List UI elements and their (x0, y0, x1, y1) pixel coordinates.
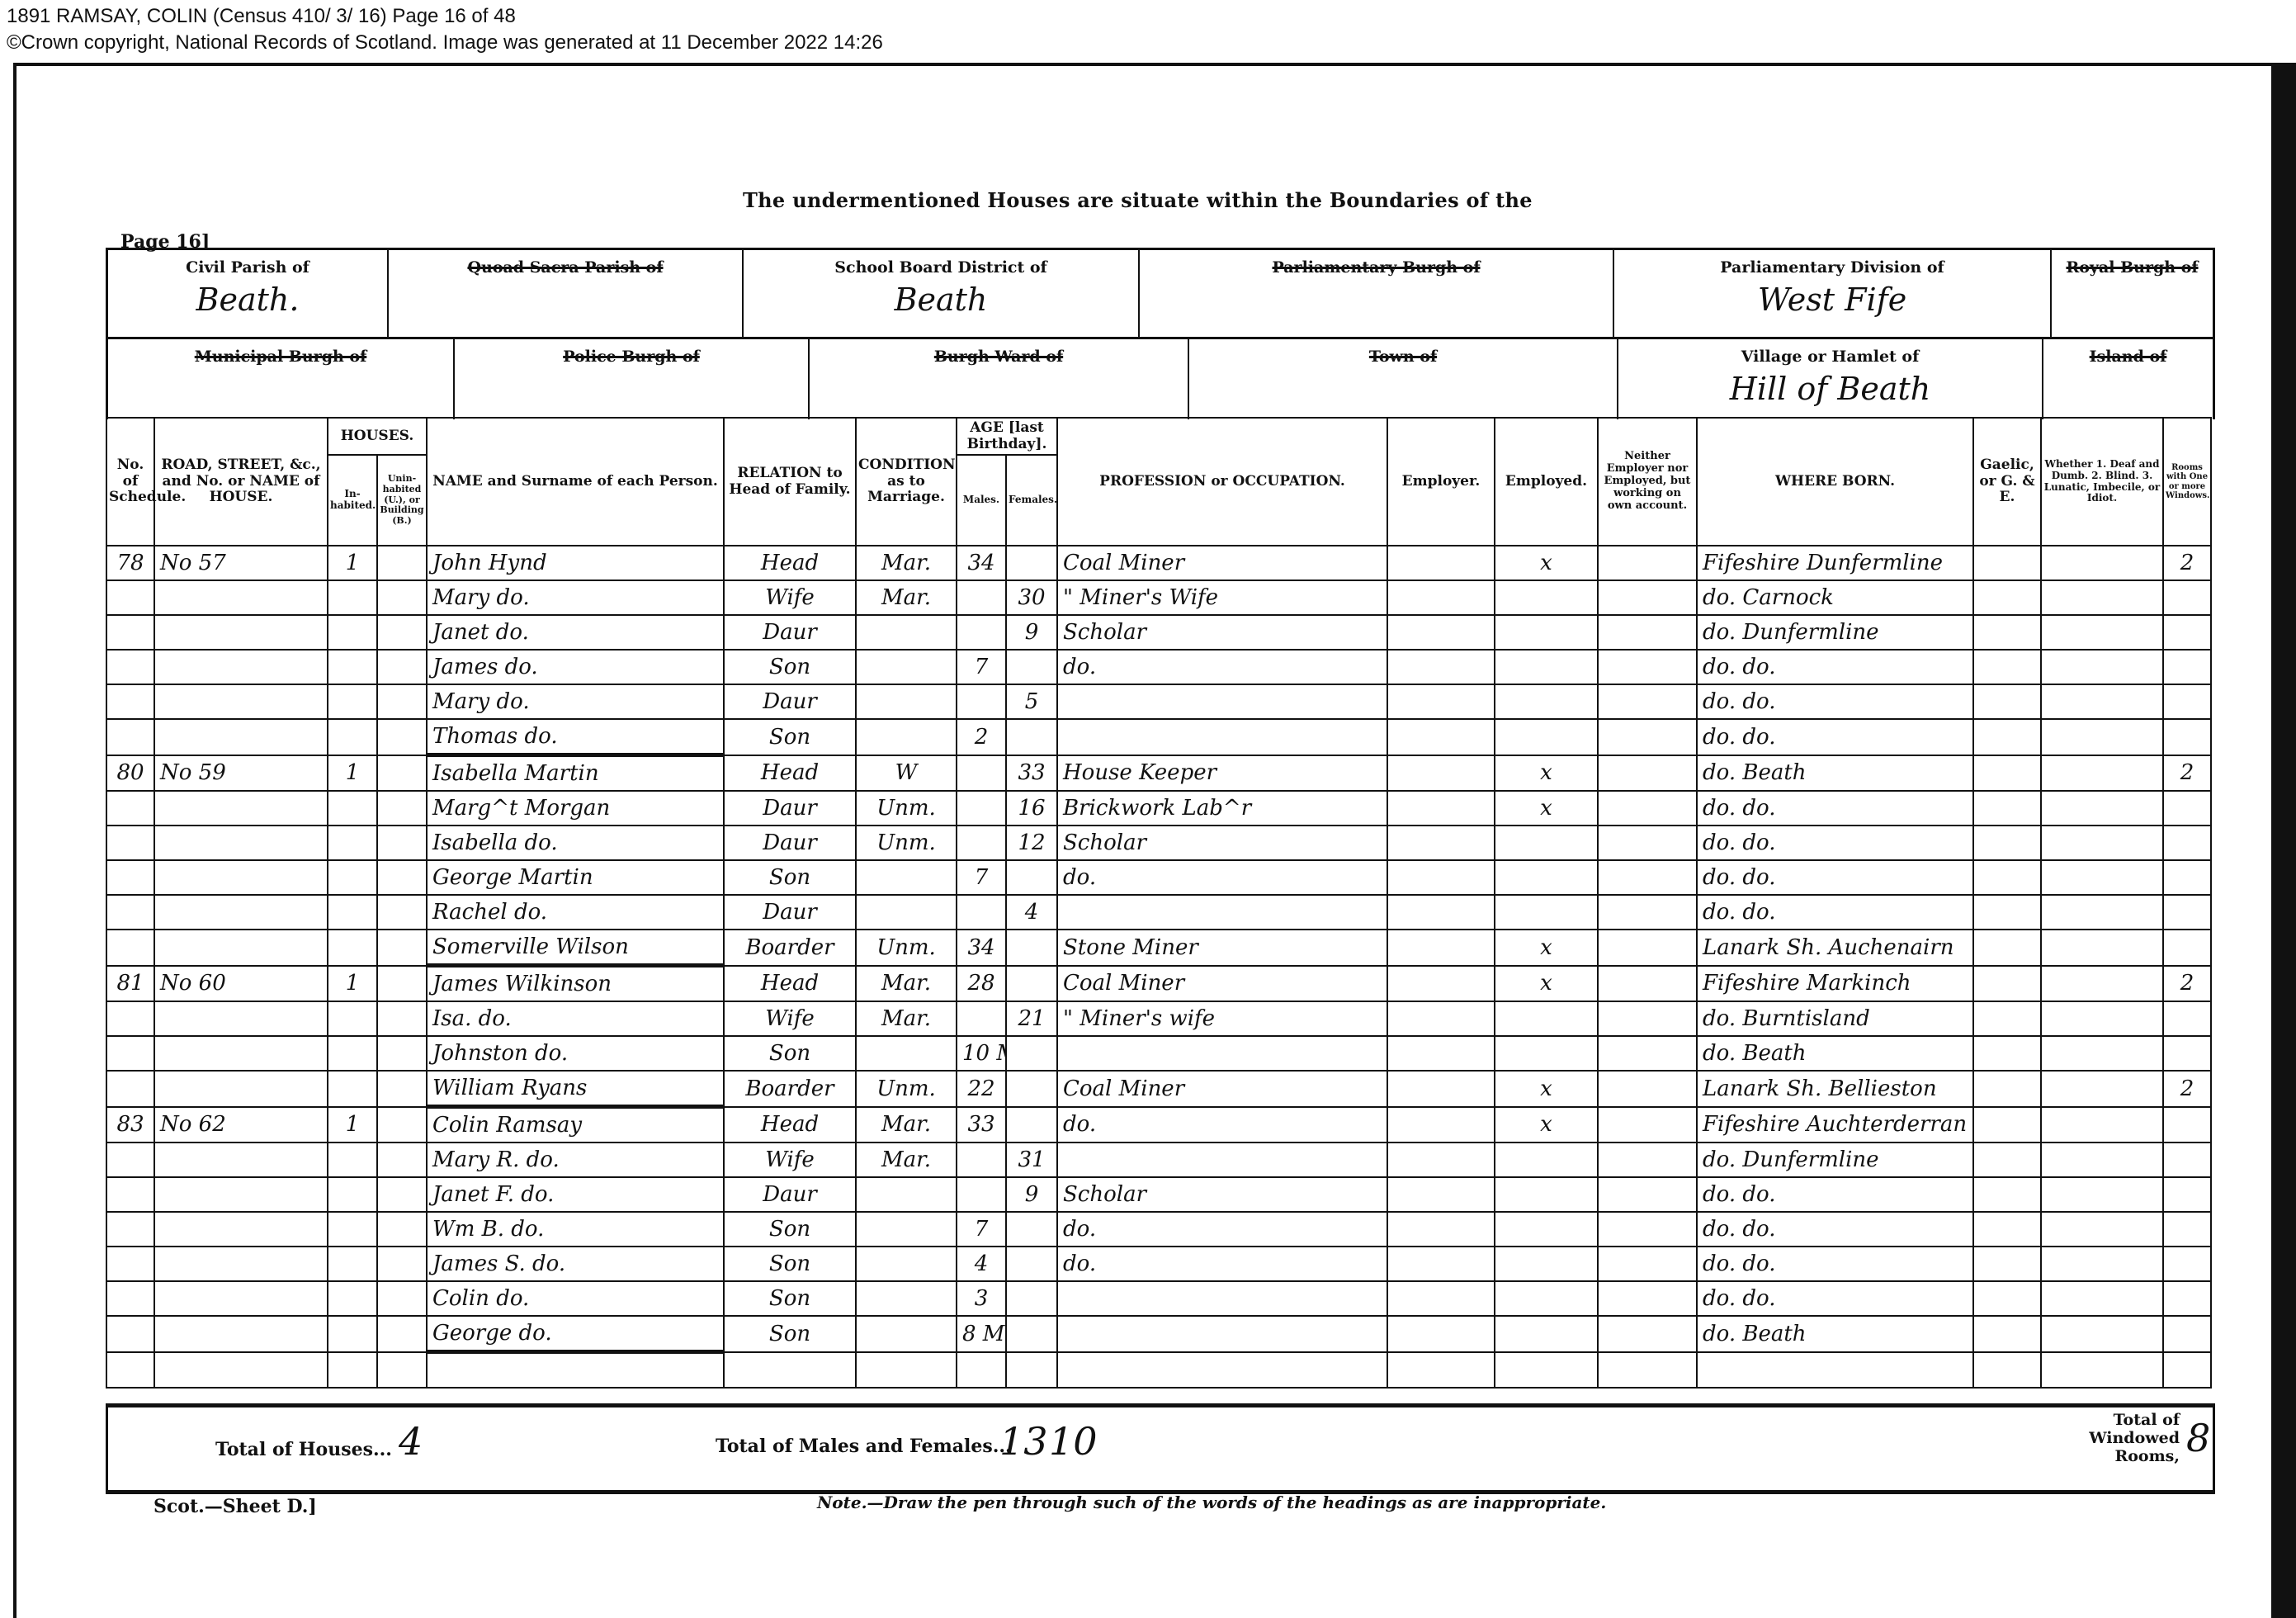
table-row: Wm B. do.Son7do.do. do. (106, 1212, 2211, 1247)
town-label: Town of (1189, 348, 1617, 366)
cell-male: 22 (957, 1071, 1006, 1107)
cell-occupation (1057, 1352, 1387, 1389)
cell-name: Marg^t Morgan (427, 791, 724, 826)
cell-employed (1495, 650, 1598, 684)
cell-empty (1387, 580, 1495, 615)
cell-rooms (2163, 580, 2211, 615)
cell-condition (856, 1212, 957, 1247)
cell-name: Thomas do. (427, 719, 724, 755)
table-row: Marg^t MorganDaurUnm.16Brickwork Lab^rxd… (106, 791, 2211, 826)
cell-empty (2041, 1316, 2163, 1352)
cell-empty (2041, 684, 2163, 719)
cell-road: No 59 (154, 755, 328, 792)
cell-condition (856, 615, 957, 650)
cell-employed (1495, 684, 1598, 719)
cell-employed (1495, 1352, 1598, 1389)
cell-road (154, 1247, 328, 1281)
cell-female (1006, 1107, 1057, 1143)
cell-male (957, 1352, 1006, 1389)
cell-relation: Boarder (724, 930, 856, 966)
cell-relation: Son (724, 1281, 856, 1316)
cell-born: do. do. (1697, 1212, 1973, 1247)
cell-female (1006, 1036, 1057, 1071)
cell-employed: x (1495, 755, 1598, 792)
school-board-value: Beath (744, 281, 1138, 318)
cell-name: Isa. do. (427, 1001, 724, 1036)
cell-empty (1387, 615, 1495, 650)
cell-male (957, 684, 1006, 719)
cell-schedule (106, 615, 154, 650)
table-row: Janet F. do.Daur9Scholardo. do. (106, 1177, 2211, 1212)
village-cell: Village or Hamlet of Hill of Beath (1618, 339, 2043, 419)
cell-empty (2041, 1177, 2163, 1212)
cell-empty (377, 1001, 427, 1036)
cell-occupation: Scholar (1057, 615, 1387, 650)
cell-relation: Head (724, 546, 856, 580)
cell-male: 34 (957, 546, 1006, 580)
cell-employed (1495, 1001, 1598, 1036)
cell-inhabited (328, 1352, 377, 1389)
cell-empty (1973, 860, 2041, 895)
cell-relation: Wife (724, 1143, 856, 1177)
school-board-label: School Board District of (744, 258, 1138, 277)
cell-schedule (106, 1071, 154, 1107)
cell-female: 12 (1006, 826, 1057, 860)
cell-empty (1973, 1177, 2041, 1212)
cell-empty (377, 860, 427, 895)
col-rooms: Rooms with One or more Windows. (2163, 418, 2211, 546)
cell-occupation: do. (1057, 1247, 1387, 1281)
census-table: No. of Schedule. ROAD, STREET, &c., and … (106, 417, 2212, 1389)
cell-born: do. do. (1697, 895, 1973, 930)
cell-road (154, 1001, 328, 1036)
cell-occupation: " Miner's Wife (1057, 580, 1387, 615)
cell-inhabited (328, 895, 377, 930)
table-row: James do.Son7do.do. do. (106, 650, 2211, 684)
total-females-value: 10 (1049, 1419, 1098, 1464)
cell-empty (377, 755, 427, 792)
cell-schedule: 78 (106, 546, 154, 580)
cell-male: 3 (957, 1281, 1006, 1316)
cell-empty (377, 1143, 427, 1177)
cell-empty (1973, 1001, 2041, 1036)
cell-road (154, 719, 328, 755)
burgh-ward-cell: Burgh Ward of (810, 339, 1189, 419)
royal-burgh-label: Royal Burgh of (2052, 258, 2213, 277)
scan-edge-shadow (2271, 63, 2296, 1618)
cell-born: do. do. (1697, 1281, 1973, 1316)
cell-empty (1973, 930, 2041, 966)
cell-empty (377, 1107, 427, 1143)
cell-inhabited (328, 1143, 377, 1177)
cell-road (154, 791, 328, 826)
cell-empty (377, 1177, 427, 1212)
cell-empty (1598, 1143, 1697, 1177)
town-cell: Town of (1189, 339, 1618, 419)
cell-empty (1387, 930, 1495, 966)
cell-schedule (106, 1177, 154, 1212)
col-females: Females. (1006, 455, 1057, 546)
cell-inhabited (328, 615, 377, 650)
cell-inhabited (328, 719, 377, 755)
cell-empty (377, 1352, 427, 1389)
cell-rooms (2163, 930, 2211, 966)
col-where-born: WHERE BORN. (1697, 418, 1973, 546)
cell-empty (1598, 895, 1697, 930)
municipal-burgh-cell: Municipal Burgh of (108, 339, 455, 419)
cell-occupation (1057, 1036, 1387, 1071)
cell-road (154, 580, 328, 615)
civil-parish-value: Beath. (108, 281, 387, 318)
table-row: Thomas do.Son2do. do. (106, 719, 2211, 755)
cell-relation: Son (724, 719, 856, 755)
cell-condition: Mar. (856, 966, 957, 1002)
cell-inhabited (328, 1212, 377, 1247)
cell-occupation (1057, 719, 1387, 755)
cell-empty (1387, 1281, 1495, 1316)
cell-empty (377, 966, 427, 1002)
cell-relation: Head (724, 1107, 856, 1143)
cell-empty (1973, 1107, 2041, 1143)
cell-born: do. do. (1697, 791, 1973, 826)
cell-schedule (106, 1143, 154, 1177)
cell-name: Mary R. do. (427, 1143, 724, 1177)
cell-empty (1973, 826, 2041, 860)
cell-born (1697, 1352, 1973, 1389)
cell-rooms (2163, 1247, 2211, 1281)
cell-road (154, 1177, 328, 1212)
cell-schedule (106, 1212, 154, 1247)
cell-born: do. Beath (1697, 1036, 1973, 1071)
cell-employed: x (1495, 966, 1598, 1002)
cell-inhabited (328, 860, 377, 895)
cell-born: do. do. (1697, 719, 1973, 755)
cell-rooms (2163, 1036, 2211, 1071)
cell-relation: Son (724, 1247, 856, 1281)
cell-born: do. do. (1697, 826, 1973, 860)
cell-male (957, 895, 1006, 930)
cell-female (1006, 1352, 1057, 1389)
cell-empty (1973, 966, 2041, 1002)
cell-empty (1387, 1247, 1495, 1281)
cell-relation (724, 1352, 856, 1389)
cell-road (154, 1071, 328, 1107)
cell-born: do. Carnock (1697, 580, 1973, 615)
cell-empty (1387, 719, 1495, 755)
cell-rooms (2163, 860, 2211, 895)
cell-occupation: do. (1057, 1212, 1387, 1247)
cell-rooms: 2 (2163, 966, 2211, 1002)
boundary-row-1: Civil Parish of Beath. Quoad Sacra Paris… (106, 248, 2215, 339)
cell-empty (1973, 684, 2041, 719)
cell-empty (2041, 580, 2163, 615)
cell-born: do. Beath (1697, 755, 1973, 792)
cell-empty (1598, 860, 1697, 895)
cell-empty (1387, 1143, 1495, 1177)
cell-empty (1387, 895, 1495, 930)
cell-condition: Unm. (856, 826, 957, 860)
cell-male: 2 (957, 719, 1006, 755)
table-row: George do.Son8 Mo.do. Beath (106, 1316, 2211, 1352)
cell-schedule: 83 (106, 1107, 154, 1143)
cell-road (154, 684, 328, 719)
cell-relation: Daur (724, 791, 856, 826)
cell-road (154, 1352, 328, 1389)
table-row: Isabella do.DaurUnm.12Scholardo. do. (106, 826, 2211, 860)
cell-occupation: Brickwork Lab^r (1057, 791, 1387, 826)
cell-rooms (2163, 1352, 2211, 1389)
cell-empty (1973, 1143, 2041, 1177)
cell-road (154, 895, 328, 930)
cell-employed: x (1495, 1071, 1598, 1107)
cell-name: James do. (427, 650, 724, 684)
cell-name: Wm B. do. (427, 1212, 724, 1247)
cell-condition (856, 1281, 957, 1316)
cell-employed (1495, 1281, 1598, 1316)
cell-inhabited (328, 1177, 377, 1212)
cell-empty (377, 791, 427, 826)
col-road: ROAD, STREET, &c., and No. or NAME of HO… (154, 418, 328, 546)
cell-road (154, 1212, 328, 1247)
cell-male (957, 755, 1006, 792)
table-row: Somerville WilsonBoarderUnm.34Stone Mine… (106, 930, 2211, 966)
cell-empty (1598, 791, 1697, 826)
cell-relation: Daur (724, 684, 856, 719)
cell-schedule (106, 684, 154, 719)
cell-empty (2041, 1001, 2163, 1036)
cell-schedule (106, 719, 154, 755)
cell-relation: Head (724, 755, 856, 792)
cell-occupation (1057, 1143, 1387, 1177)
cell-female (1006, 650, 1057, 684)
totals-row: Total of Houses... 4 Total of Males and … (106, 1403, 2215, 1494)
cell-relation: Daur (724, 615, 856, 650)
cell-empty (1387, 1352, 1495, 1389)
police-burgh-label: Police Burgh of (455, 348, 808, 366)
cell-empty (1973, 895, 2041, 930)
cell-condition (856, 684, 957, 719)
table-row: 83No 621Colin RamsayHeadMar.33do.xFifesh… (106, 1107, 2211, 1143)
table-row: William RyansBoarderUnm.22Coal MinerxLan… (106, 1071, 2211, 1107)
cell-condition (856, 719, 957, 755)
quoad-sacra-parish-cell: Quoad Sacra Parish of (389, 250, 744, 339)
cell-road (154, 615, 328, 650)
cell-schedule (106, 930, 154, 966)
cell-empty (2041, 1036, 2163, 1071)
cell-empty (1973, 1036, 2041, 1071)
cell-condition (856, 650, 957, 684)
cell-empty (1387, 546, 1495, 580)
cell-empty (1973, 1281, 2041, 1316)
cell-empty (1387, 860, 1495, 895)
cell-condition (856, 1177, 957, 1212)
cell-rooms (2163, 1281, 2211, 1316)
cell-empty (2041, 1352, 2163, 1389)
cell-female (1006, 966, 1057, 1002)
cell-male (957, 1177, 1006, 1212)
total-persons-label: Total of Males and Females... (716, 1436, 1012, 1457)
cell-name: John Hynd (427, 546, 724, 580)
cell-born: do. Dunfermline (1697, 1143, 1973, 1177)
cell-relation: Daur (724, 826, 856, 860)
cell-empty (2041, 1281, 2163, 1316)
total-rooms-label: Total of Windowed Rooms, (2089, 1411, 2180, 1465)
cell-name: Janet F. do. (427, 1177, 724, 1212)
cell-female: 30 (1006, 580, 1057, 615)
cell-female: 9 (1006, 1177, 1057, 1212)
image-caption-title: 1891 RAMSAY, COLIN (Census 410/ 3/ 16) P… (7, 5, 516, 28)
cell-born: Fifeshire Dunfermline (1697, 546, 1973, 580)
cell-empty (2041, 650, 2163, 684)
cell-condition: Mar. (856, 580, 957, 615)
cell-rooms: 2 (2163, 755, 2211, 792)
table-row: Isa. do.WifeMar.21" Miner's wifedo. Burn… (106, 1001, 2211, 1036)
cell-empty (1973, 615, 2041, 650)
cell-inhabited: 1 (328, 755, 377, 792)
table-row: Mary R. do.WifeMar.31do. Dunfermline (106, 1143, 2211, 1177)
island-cell: Island of (2043, 339, 2213, 419)
cell-empty (1598, 930, 1697, 966)
cell-male: 7 (957, 860, 1006, 895)
municipal-burgh-label: Municipal Burgh of (108, 348, 453, 366)
cell-inhabited (328, 684, 377, 719)
table-row: James S. do.Son4do.do. do. (106, 1247, 2211, 1281)
cell-male (957, 1143, 1006, 1177)
cell-rooms (2163, 684, 2211, 719)
cell-rooms (2163, 1212, 2211, 1247)
table-row: Johnston do.Son10 Mo.do. Beath (106, 1036, 2211, 1071)
cell-condition: Mar. (856, 1143, 957, 1177)
cell-condition (856, 1036, 957, 1071)
cell-inhabited (328, 1247, 377, 1281)
cell-empty (377, 895, 427, 930)
cell-empty (2041, 546, 2163, 580)
cell-empty (377, 650, 427, 684)
cell-empty (1387, 1036, 1495, 1071)
cell-road (154, 826, 328, 860)
cell-inhabited (328, 1036, 377, 1071)
cell-rooms (2163, 791, 2211, 826)
cell-name: Isabella Martin (427, 755, 724, 792)
cell-relation: Son (724, 860, 856, 895)
total-rooms-value: 8 (2186, 1416, 2210, 1460)
col-condition: CONDITION as to Marriage. (856, 418, 957, 546)
cell-occupation (1057, 684, 1387, 719)
cell-female: 31 (1006, 1143, 1057, 1177)
footer-note: Note.—Draw the pen through such of the w… (817, 1493, 1606, 1512)
cell-rooms (2163, 1001, 2211, 1036)
cell-employed: x (1495, 546, 1598, 580)
cell-occupation: do. (1057, 860, 1387, 895)
cell-schedule (106, 895, 154, 930)
cell-empty (377, 1316, 427, 1352)
cell-occupation: do. (1057, 1107, 1387, 1143)
cell-female: 21 (1006, 1001, 1057, 1036)
table-row: George MartinSon7do.do. do. (106, 860, 2211, 895)
cell-name: Isabella do. (427, 826, 724, 860)
cell-empty (1387, 966, 1495, 1002)
census-rows: 78No 571John HyndHeadMar.34Coal MinerxFi… (106, 546, 2211, 1388)
cell-empty (2041, 895, 2163, 930)
cell-born: do. Burntisland (1697, 1001, 1973, 1036)
cell-empty (1598, 1177, 1697, 1212)
cell-female (1006, 930, 1057, 966)
cell-employed (1495, 580, 1598, 615)
cell-inhabited (328, 580, 377, 615)
cell-schedule (106, 1316, 154, 1352)
cell-condition (856, 1352, 957, 1389)
cell-road (154, 1316, 328, 1352)
cell-name: Mary do. (427, 684, 724, 719)
image-caption-copyright: ©Crown copyright, National Records of Sc… (7, 31, 883, 54)
cell-empty (2041, 1071, 2163, 1107)
cell-empty (1387, 1212, 1495, 1247)
cell-rooms (2163, 1177, 2211, 1212)
col-schedule: No. of Schedule. (106, 418, 154, 546)
cell-born: Fifeshire Auchterderran (1697, 1107, 1973, 1143)
cell-employed (1495, 826, 1598, 860)
cell-employed (1495, 860, 1598, 895)
cell-empty (1387, 791, 1495, 826)
cell-name: James Wilkinson (427, 966, 724, 1002)
cell-name: George Martin (427, 860, 724, 895)
cell-inhabited (328, 650, 377, 684)
cell-employed: x (1495, 791, 1598, 826)
cell-inhabited: 1 (328, 546, 377, 580)
col-employer: Employer. (1387, 418, 1495, 546)
cell-schedule (106, 1036, 154, 1071)
cell-name: Mary do. (427, 580, 724, 615)
cell-empty (1387, 1177, 1495, 1212)
cell-empty (1387, 650, 1495, 684)
cell-empty (1973, 546, 2041, 580)
cell-name (427, 1352, 724, 1389)
royal-burgh-cell: Royal Burgh of (2052, 250, 2213, 339)
cell-relation: Son (724, 1036, 856, 1071)
village-value: Hill of Beath (1618, 371, 2042, 407)
cell-empty (1973, 650, 2041, 684)
table-row: Colin do.Son3do. do. (106, 1281, 2211, 1316)
cell-empty (2041, 826, 2163, 860)
cell-empty (377, 1281, 427, 1316)
cell-schedule (106, 826, 154, 860)
cell-empty (2041, 930, 2163, 966)
cell-relation: Son (724, 650, 856, 684)
cell-male: 34 (957, 930, 1006, 966)
cell-male: 4 (957, 1247, 1006, 1281)
cell-empty (377, 1212, 427, 1247)
cell-empty (1973, 1212, 2041, 1247)
cell-relation: Daur (724, 895, 856, 930)
cell-born: do. Beath (1697, 1316, 1973, 1352)
parliamentary-division-cell: Parliamentary Division of West Fife (1614, 250, 2052, 339)
cell-schedule (106, 650, 154, 684)
col-employed: Employed. (1495, 418, 1598, 546)
cell-empty (377, 1036, 427, 1071)
cell-empty (377, 826, 427, 860)
cell-schedule (106, 1352, 154, 1389)
cell-empty (377, 580, 427, 615)
cell-condition (856, 1316, 957, 1352)
col-relation: RELATION to Head of Family. (724, 418, 856, 546)
cell-empty (1598, 1071, 1697, 1107)
cell-empty (1598, 1316, 1697, 1352)
cell-inhabited (328, 1281, 377, 1316)
cell-employed (1495, 1036, 1598, 1071)
cell-empty (1598, 966, 1697, 1002)
cell-road: No 57 (154, 546, 328, 580)
cell-empty (377, 1071, 427, 1107)
